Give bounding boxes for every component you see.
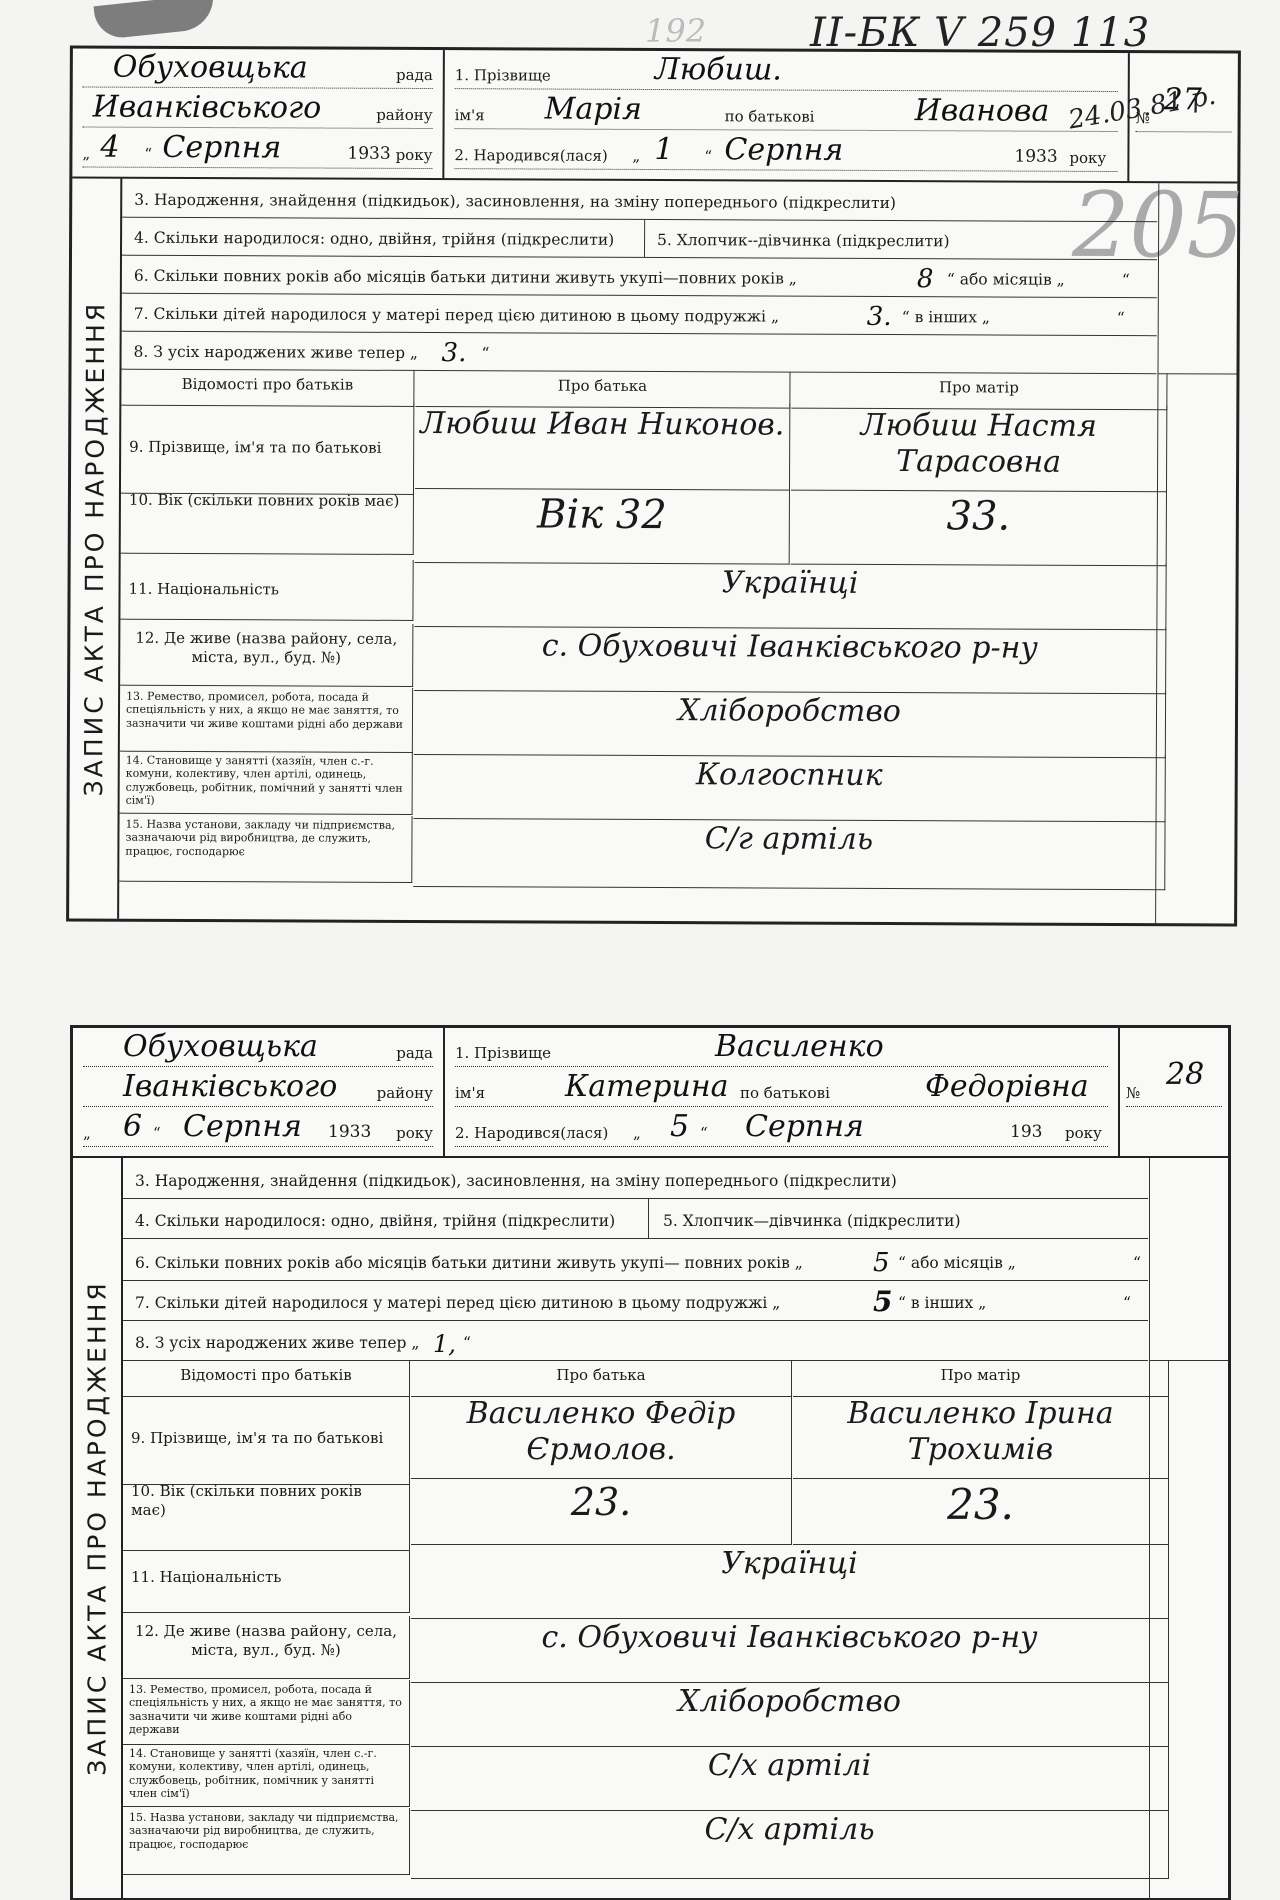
first-name-label: ім'я — [455, 106, 485, 124]
row-label-employment-status: 14. Становище у занятті (хазяїн, член с.… — [123, 1744, 410, 1807]
mother-age: 33. — [791, 488, 1167, 567]
row-label-residence: 12. Де живе (назва району, села, міста, … — [123, 1616, 410, 1679]
council-label: рада — [396, 1044, 433, 1062]
faint-mark: 192 — [645, 12, 706, 50]
birth-date-line: 2. Народився(лася) „ 5 “ Серпня 193 року — [455, 1108, 1108, 1147]
residence-value: с. Обуховичі Іванківського р-ну — [414, 624, 1166, 694]
child-identity-block: 1. Прізвище Любиш. ім'я Марія по батьков… — [444, 50, 1128, 181]
council-label: рада — [396, 66, 433, 84]
nationality-value: Українці — [414, 560, 1166, 630]
workplace-value: С/г артіль — [413, 816, 1165, 890]
margin-column-lower — [1155, 373, 1236, 924]
row-label-residence: 12. Де живе (назва району, села, міста, … — [120, 623, 413, 687]
margin-column-lower — [1149, 1360, 1228, 1900]
parents-table: Відомості про батьків Про батька Про мат… — [123, 1360, 1148, 1900]
q6-row: 6. Скільки повних років або місяців бать… — [123, 1238, 1148, 1281]
employment-status-value: Колгоспник — [414, 752, 1166, 822]
birth-date-line: 2. Народився(лася) „ 1 “ Серпня 1933 рок… — [454, 130, 1117, 172]
row-label-occupation: 13. Ремество, промисел, робота, посада й… — [123, 1680, 410, 1745]
record-body: 3. Народження, знайдення (підкидьок), за… — [123, 1158, 1228, 1898]
row-label-age: 10. Вік (скільки повних років має) — [121, 485, 414, 555]
q6-row: 6. Скільки повних років або місяців бать… — [122, 255, 1157, 299]
father-age: 23. — [411, 1476, 792, 1545]
q4-q5-row: 4. Скільки народилося: одно, двійня, трі… — [122, 217, 1157, 261]
q4-text: 4. Скільки народилося: одно, двійня, трі… — [134, 229, 614, 249]
birth-record-2: Обуховщька рада Іванківського району „ 6… — [70, 1025, 1231, 1900]
patronymic-label: по батькові — [740, 1084, 830, 1102]
district-label: району — [376, 106, 432, 124]
row-label-name: 9. Прізвище, ім'я та по батькові — [123, 1392, 410, 1485]
q6-years-value: 5 — [873, 1248, 890, 1278]
margin-column — [1157, 183, 1237, 374]
surname-line: 1. Прізвище Любиш. — [455, 50, 1118, 92]
registration-date-line: „ 4 “ Серпня 1933 року — [82, 129, 432, 170]
district-label: району — [377, 1084, 433, 1102]
mother-name: Любиш Настя Тарасовна — [791, 404, 1167, 493]
birth-day: 5 — [670, 1109, 689, 1144]
surname-value: Любиш. — [655, 52, 782, 88]
reg-year-label: року — [396, 146, 433, 164]
row-label-age: 10. Вік (скільки повних років має) — [123, 1476, 410, 1551]
ink-smudge — [94, 0, 217, 40]
mother-age: 23. — [793, 1476, 1169, 1545]
birth-record-1: Обуховщька рада Иванківського району „ 4… — [66, 45, 1241, 926]
residence-value: с. Обуховичі Іванківського р-ну — [411, 1616, 1169, 1683]
birth-label: 2. Народився(лася) — [454, 146, 607, 165]
birth-label: 2. Народився(лася) — [455, 1124, 608, 1142]
name-line: ім'я Марія по батькові Иванова — [455, 90, 1118, 132]
record-header: Обуховщька рада Иванківського району „ 4… — [72, 48, 1238, 183]
first-name-label: ім'я — [455, 1084, 485, 1102]
q6-years-value: 8 — [917, 264, 934, 294]
row-label-name: 9. Прізвище, ім'я та по батькові — [121, 401, 414, 495]
reg-day: 4 — [100, 130, 119, 165]
patronymic-value: Федорівна — [925, 1069, 1089, 1104]
parents-table: Відомості про батьків Про батька Про мат… — [119, 369, 1156, 924]
mother-name: Василенко Ірина Трохимів — [793, 1392, 1169, 1479]
council-value: Обуховщька — [113, 50, 308, 86]
surname-value: Василенко — [715, 1029, 884, 1064]
surname-label: 1. Прізвище — [455, 66, 551, 84]
q3-row: 3. Народження, знайдення (підкидьок), за… — [122, 179, 1157, 223]
reg-month: Серпня — [183, 1109, 302, 1144]
surname-label: 1. Прізвище — [455, 1044, 551, 1062]
council-line: Обуховщька рада — [83, 49, 433, 90]
council-value: Обуховщька — [123, 1029, 318, 1064]
occupation-value: Хліборобство — [414, 688, 1166, 758]
surname-line: 1. Прізвище Василенко — [455, 1028, 1108, 1067]
reg-year-label: року — [396, 1124, 433, 1142]
patronymic-value: Иванова — [915, 93, 1050, 129]
row-label-occupation: 13. Ремество, промисел, робота, посада й… — [120, 687, 413, 753]
record-number-block: № 28 — [1118, 1028, 1228, 1156]
birth-year: 193 — [1010, 1122, 1042, 1142]
row-label-employment-status: 14. Становище у занятті (хазяїн, член с.… — [120, 751, 413, 815]
q3-row: 3. Народження, знайдення (підкидьок), за… — [123, 1158, 1148, 1199]
reg-year: 1933 — [347, 144, 390, 164]
district-line: Іванківського району — [83, 1068, 433, 1107]
registry-office-block: Обуховщька рада Іванківського району „ 6… — [73, 1028, 445, 1156]
birth-year: 1933 — [1014, 147, 1057, 167]
registration-date-line: „ 6 “ Серпня 1933 року — [83, 1108, 433, 1147]
row-label-nationality: 11. Національність — [123, 1542, 410, 1613]
record-body: 3. Народження, знайдення (підкидьок), за… — [119, 179, 1237, 924]
district-line: Иванківського району — [83, 89, 433, 130]
q7-value: 3. — [867, 302, 892, 332]
employment-status-value: С/х артілі — [411, 1744, 1169, 1811]
council-line: Обуховщька рада — [83, 1028, 433, 1067]
district-value: Иванківського — [93, 90, 322, 126]
birth-day: 1 — [654, 132, 673, 167]
birth-year-label: року — [1065, 1124, 1102, 1142]
child-identity-block: 1. Прізвище Василенко ім'я Катерина по б… — [445, 1028, 1118, 1156]
q4-text: 4. Скільки народилося: одно, двійня, трі… — [135, 1212, 615, 1230]
row-label-nationality: 11. Національність — [120, 559, 413, 621]
row-label-workplace: 15. Назва установи, закладу чи підприємс… — [119, 815, 412, 883]
father-name: Василенко Федір Єрмолов. — [411, 1392, 792, 1479]
margin-column — [1149, 1158, 1228, 1361]
q4-q5-row: 4. Скільки народилося: одно, двійня, трі… — [123, 1198, 1148, 1239]
number-value: 28 — [1166, 1057, 1204, 1092]
nationality-value: Українці — [411, 1542, 1169, 1619]
district-value: Іванківського — [123, 1069, 337, 1104]
q8-value: 3. — [442, 338, 467, 368]
number-label: № — [1126, 1084, 1140, 1102]
birth-year-label: року — [1069, 149, 1106, 167]
q8-value: 1, — [433, 1330, 456, 1358]
workplace-value: С/х артіль — [411, 1808, 1169, 1879]
side-title: ЗАПИС АКТА ПРО НАРОДЖЕННЯ — [69, 178, 122, 918]
occupation-value: Хліборобство — [411, 1680, 1169, 1747]
patronymic-label: по батькові — [725, 107, 815, 125]
row-label-workplace: 15. Назва установи, закладу чи підприємс… — [123, 1808, 410, 1875]
q8-row: 8. З усіх народжених живе тепер „ 3. “ — [122, 331, 1157, 375]
q8-row: 8. З усіх народжених живе тепер „ 1, “ — [123, 1320, 1148, 1361]
reg-month: Серпня — [162, 130, 281, 166]
first-name-value: Катерина — [565, 1069, 728, 1104]
record-header: Обуховщька рада Іванківського району „ 6… — [73, 1028, 1228, 1158]
first-name-value: Марія — [545, 92, 642, 127]
birth-month: Серпня — [745, 1109, 864, 1144]
q7-row: 7. Скільки дітей народилося у матері пер… — [123, 1280, 1148, 1321]
q7-row: 7. Скільки дітей народилося у матері пер… — [122, 293, 1157, 337]
name-line: ім'я Катерина по батькові Федорівна — [455, 1068, 1108, 1107]
side-title: ЗАПИС АКТА ПРО НАРОДЖЕННЯ — [73, 1158, 123, 1898]
registry-office-block: Обуховщька рада Иванківського району „ 4… — [72, 48, 445, 178]
birth-month: Серпня — [724, 132, 843, 168]
reg-year: 1933 — [328, 1122, 371, 1142]
q5-text: 5. Хлопчик--дівчинка (підкреслити) — [657, 231, 950, 250]
father-age: Вік 32 — [415, 486, 790, 565]
q7-value: 5 — [873, 1285, 892, 1318]
father-name: Любиш Иван Никонов. — [415, 402, 790, 491]
reg-day: 6 — [123, 1109, 142, 1144]
q5-text: 5. Хлопчик—дівчинка (підкреслити) — [663, 1212, 961, 1230]
number-line: № 28 — [1126, 1068, 1222, 1107]
